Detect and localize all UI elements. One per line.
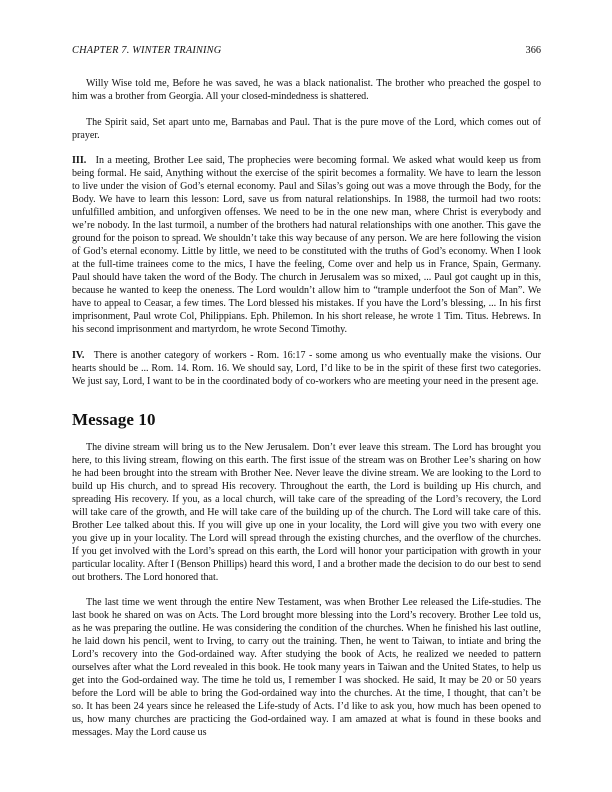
message-paragraph-last-time: The last time we went through the entire… <box>72 596 541 739</box>
paragraph-spirit-said: The Spirit said, Set apart unto me, Barn… <box>72 116 541 142</box>
section-iv-text: There is another category of workers - R… <box>72 350 541 387</box>
section-iii-paragraph: III. In a meeting, Brother Lee said, The… <box>72 154 541 336</box>
section-iv-numeral: IV. <box>72 350 84 361</box>
running-header: CHAPTER 7. WINTER TRAINING 366 <box>72 44 541 57</box>
document-page: CHAPTER 7. WINTER TRAINING 366 Willy Wis… <box>72 44 541 752</box>
section-iii-text: In a meeting, Brother Lee said, The prop… <box>72 155 541 335</box>
chapter-title: CHAPTER 7. WINTER TRAINING <box>72 44 221 57</box>
page-number: 366 <box>526 44 541 57</box>
section-iv-paragraph: IV. There is another category of workers… <box>72 349 541 388</box>
message-heading: Message 10 <box>72 410 541 430</box>
message-paragraph-divine-stream: The divine stream will bring us to the N… <box>72 441 541 584</box>
paragraph-willy-wise: Willy Wise told me, Before he was saved,… <box>72 77 541 103</box>
section-iii-numeral: III. <box>72 155 86 166</box>
